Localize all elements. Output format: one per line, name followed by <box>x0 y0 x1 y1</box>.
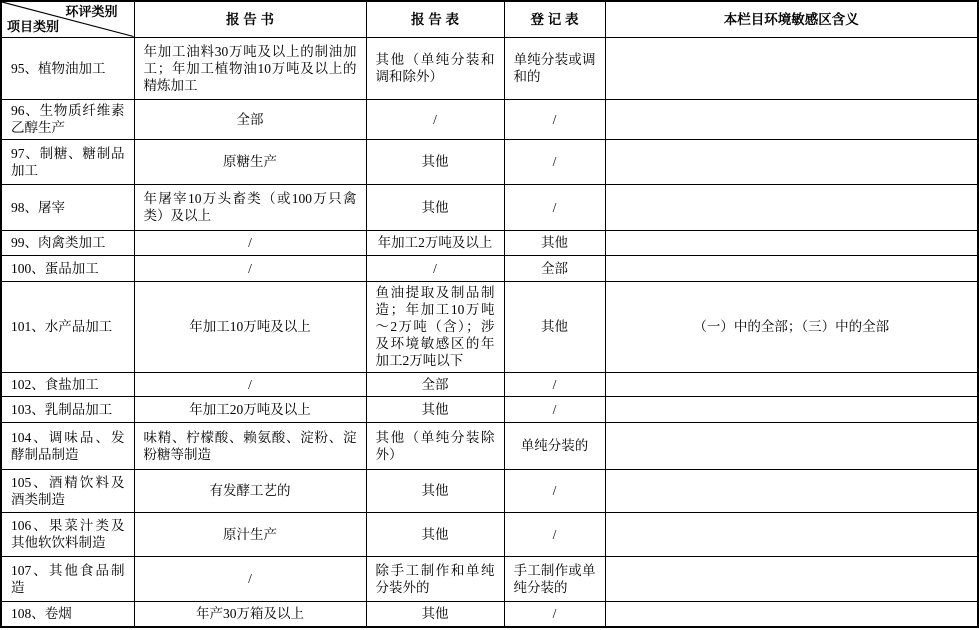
registration-form-cell: 全部 <box>504 255 605 281</box>
sensitive-area-cell <box>605 230 978 255</box>
eia-category-table: 环评类别 项目类别 报 告 书 报 告 表 登 记 表 本栏目环境敏感区含义 9… <box>0 0 979 628</box>
category-cell: 106、果菜汁类及其他软饮料制造 <box>1 512 134 556</box>
category-cell: 102、食盐加工 <box>1 372 134 396</box>
registration-form-cell: / <box>504 512 605 556</box>
report-form-cell: 其他 <box>366 139 504 184</box>
report-form-cell: 鱼油提取及制品制造；年加工10万吨～2万吨（含）；涉及环境敏感区的年加工2万吨以… <box>366 281 504 372</box>
report-form-cell: 其他 <box>366 601 504 627</box>
table-row: 98、屠宰年屠宰10万头畜类（或100万只禽类）及以上其他/ <box>1 184 978 230</box>
sensitive-area-cell <box>605 556 978 601</box>
report-book-cell: / <box>134 556 366 601</box>
report-book-cell: 年产30万箱及以上 <box>134 601 366 627</box>
table-row: 108、卷烟年产30万箱及以上其他/ <box>1 601 978 627</box>
sensitive-area-cell <box>605 37 978 99</box>
report-form-cell: / <box>366 99 504 139</box>
report-book-cell: 年加工20万吨及以上 <box>134 396 366 422</box>
category-cell: 99、肉禽类加工 <box>1 230 134 255</box>
sensitive-area-cell <box>605 372 978 396</box>
category-cell: 96、生物质纤维素乙醇生产 <box>1 99 134 139</box>
report-book-cell: 原汁生产 <box>134 512 366 556</box>
registration-form-cell: 手工制作或单纯分装的 <box>504 556 605 601</box>
category-cell: 107、其他食品制造 <box>1 556 134 601</box>
report-form-cell: 年加工2万吨及以上 <box>366 230 504 255</box>
table-row: 97、制糖、糖制品加工原糖生产其他/ <box>1 139 978 184</box>
header-registration-form: 登 记 表 <box>504 1 605 37</box>
category-cell: 105、酒精饮料及酒类制造 <box>1 469 134 512</box>
sensitive-area-cell <box>605 255 978 281</box>
document-page: 环评类别 项目类别 报 告 书 报 告 表 登 记 表 本栏目环境敏感区含义 9… <box>0 0 979 630</box>
registration-form-cell: 其他 <box>504 281 605 372</box>
table-row: 95、植物油加工年加工油料30万吨及以上的制油加工；年加工植物油10万吨及以上的… <box>1 37 978 99</box>
corner-label-project-category: 项目类别 <box>7 18 59 35</box>
report-form-cell: 其他 <box>366 184 504 230</box>
table-row: 101、水产品加工年加工10万吨及以上鱼油提取及制品制造；年加工10万吨～2万吨… <box>1 281 978 372</box>
report-form-cell: 其他 <box>366 512 504 556</box>
category-cell: 95、植物油加工 <box>1 37 134 99</box>
report-form-cell: 除手工制作和单纯分装外的 <box>366 556 504 601</box>
table-row: 96、生物质纤维素乙醇生产全部// <box>1 99 978 139</box>
table-row: 102、食盐加工/全部/ <box>1 372 978 396</box>
report-book-cell: / <box>134 230 366 255</box>
header-row: 环评类别 项目类别 报 告 书 报 告 表 登 记 表 本栏目环境敏感区含义 <box>1 1 978 37</box>
registration-form-cell: / <box>504 372 605 396</box>
registration-form-cell: / <box>504 99 605 139</box>
report-book-cell: 年加工10万吨及以上 <box>134 281 366 372</box>
table-row: 99、肉禽类加工/年加工2万吨及以上其他 <box>1 230 978 255</box>
report-book-cell: / <box>134 372 366 396</box>
header-report-form: 报 告 表 <box>366 1 504 37</box>
table-row: 103、乳制品加工年加工20万吨及以上其他/ <box>1 396 978 422</box>
report-form-cell: 其他（单纯分装和调和除外） <box>366 37 504 99</box>
report-form-cell: 其他 <box>366 396 504 422</box>
report-book-cell: 有发酵工艺的 <box>134 469 366 512</box>
report-book-cell: 年加工油料30万吨及以上的制油加工；年加工植物油10万吨及以上的精炼加工 <box>134 37 366 99</box>
registration-form-cell: 单纯分装的 <box>504 422 605 469</box>
registration-form-cell: / <box>504 396 605 422</box>
report-book-cell: / <box>134 255 366 281</box>
sensitive-area-cell <box>605 139 978 184</box>
category-cell: 97、制糖、糖制品加工 <box>1 139 134 184</box>
category-cell: 104、调味品、发酵制品制造 <box>1 422 134 469</box>
registration-form-cell: / <box>504 469 605 512</box>
registration-form-cell: / <box>504 139 605 184</box>
sensitive-area-cell <box>605 469 978 512</box>
table-row: 107、其他食品制造/除手工制作和单纯分装外的手工制作或单纯分装的 <box>1 556 978 601</box>
report-form-cell: 其他（单纯分装除外） <box>366 422 504 469</box>
report-form-cell: 全部 <box>366 372 504 396</box>
corner-label-eia-category: 环评类别 <box>65 3 117 20</box>
sensitive-area-cell <box>605 422 978 469</box>
table-row: 105、酒精饮料及酒类制造有发酵工艺的其他/ <box>1 469 978 512</box>
report-book-cell: 全部 <box>134 99 366 139</box>
table-row: 104、调味品、发酵制品制造味精、柠檬酸、赖氨酸、淀粉、淀粉糖等制造其他（单纯分… <box>1 422 978 469</box>
table-row: 106、果菜汁类及其他软饮料制造原汁生产其他/ <box>1 512 978 556</box>
category-cell: 101、水产品加工 <box>1 281 134 372</box>
header-sensitive-area-meaning: 本栏目环境敏感区含义 <box>605 1 978 37</box>
sensitive-area-cell <box>605 601 978 627</box>
sensitive-area-cell <box>605 99 978 139</box>
registration-form-cell: 单纯分装或调和的 <box>504 37 605 99</box>
registration-form-cell: / <box>504 184 605 230</box>
corner-header-cell: 环评类别 项目类别 <box>1 1 134 37</box>
report-form-cell: 其他 <box>366 469 504 512</box>
registration-form-cell: 其他 <box>504 230 605 255</box>
category-cell: 100、蛋品加工 <box>1 255 134 281</box>
category-cell: 103、乳制品加工 <box>1 396 134 422</box>
sensitive-area-cell <box>605 184 978 230</box>
report-book-cell: 原糖生产 <box>134 139 366 184</box>
report-form-cell: / <box>366 255 504 281</box>
sensitive-area-cell <box>605 512 978 556</box>
table-row: 100、蛋品加工//全部 <box>1 255 978 281</box>
sensitive-area-cell <box>605 396 978 422</box>
report-book-cell: 味精、柠檬酸、赖氨酸、淀粉、淀粉糖等制造 <box>134 422 366 469</box>
table-body: 95、植物油加工年加工油料30万吨及以上的制油加工；年加工植物油10万吨及以上的… <box>1 37 978 627</box>
sensitive-area-cell: （一）中的全部；（三）中的全部 <box>605 281 978 372</box>
registration-form-cell: / <box>504 601 605 627</box>
category-cell: 98、屠宰 <box>1 184 134 230</box>
header-report-book: 报 告 书 <box>134 1 366 37</box>
category-cell: 108、卷烟 <box>1 601 134 627</box>
report-book-cell: 年屠宰10万头畜类（或100万只禽类）及以上 <box>134 184 366 230</box>
